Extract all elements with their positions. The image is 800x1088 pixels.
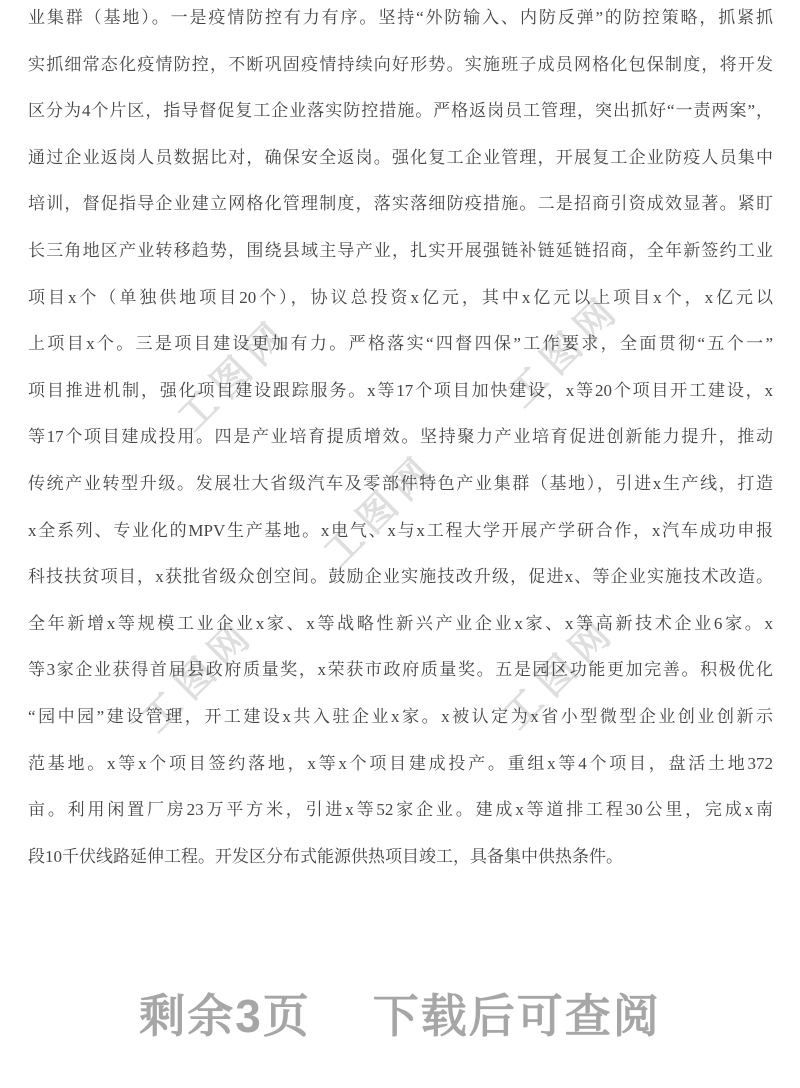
body-line: x全系列、专业化的MPV生产基地。x电气、x与x工程大学开展产学研合作，x汽车成… [28,508,773,555]
download-hint-label: 下载后可查阅 [373,980,661,1046]
document-page: 工图网 工图网 工图网 工图网 工图网 业集群（基地）。一是疫情防控有力有序。坚… [0,0,800,1088]
document-body: 业集群（基地）。一是疫情防控有力有序。坚持“外防输入、内防反弹”的防控策略，抓紧… [28,0,773,880]
body-line: “园中园”建设管理，开工建设x共入驻企业x家。x被认定为x省小型微型企业创业创新… [28,694,773,741]
body-line: 项目推进机制，强化项目建设跟踪服务。x等17个项目加快建设，x等20个项目开工建… [28,368,773,415]
body-line: 传统产业转型升级。发展壮大省级汽车及零部件特色产业集群（基地），引进x生产线，打… [28,461,773,508]
remaining-pages-banner: 剩余3页 下载后可查阅 [0,980,800,1046]
body-line: 科技扶贫项目，x获批省级众创空间。鼓励企业实施技改升级，促进x、等企业实施技术改… [28,554,773,601]
body-line: 上项目x个。三是项目建设更加有力。严格落实“四督四保”工作要求，全面贯彻“五个一… [28,321,773,368]
body-line: 区分为4个片区，指导督促复工企业落实防控措施。严格返岗员工管理，突出抓好“一责两… [28,88,773,135]
body-line: 等17个项目建成投用。四是产业培育提质增效。坚持聚力产业培育促进创新能力提升，推… [28,414,773,461]
body-line: 范基地。x等x个项目签约落地，x等x个项目建成投产。重组x等4个项目，盘活土地3… [28,741,773,788]
body-line: 全年新增x等规模工业企业x家、x等战略性新兴产业企业x家、x等高新技术企业6家。… [28,601,773,648]
body-line: 实抓细常态化疫情防控，不断巩固疫情持续向好形势。实施班子成员网格化包保制度，将开… [28,42,773,89]
body-line: 长三角地区产业转移趋势，围绕县域主导产业，扎实开展强链补链延链招商，全年新签约工… [28,228,773,275]
body-line: 通过企业返岗人员数据比对，确保安全返岗。强化复工企业管理，开展复工企业防疫人员集… [28,135,773,182]
body-line: 亩。利用闲置厂房23万平方米，引进x等52家企业。建成x等道排工程30公里，完成… [28,787,773,834]
body-line: 项目x个（单独供地项目20个），协议总投资x亿元，其中x亿元以上项目x个，x亿元… [28,275,773,322]
remaining-pages-label: 剩余3页 [139,980,311,1046]
body-line: 段10千伏线路延伸工程。开发区分布式能源供热项目竣工，具备集中供热条件。 [28,834,773,881]
body-line: 等3家企业获得首届县政府质量奖，x荣获市政府质量奖。五是园区功能更加完善。积极优… [28,647,773,694]
body-line: 业集群（基地）。一是疫情防控有力有序。坚持“外防输入、内防反弹”的防控策略，抓紧… [28,0,773,42]
body-line: 培训，督促指导企业建立网格化管理制度，落实落细防疫措施。二是招商引资成效显著。紧… [28,181,773,228]
